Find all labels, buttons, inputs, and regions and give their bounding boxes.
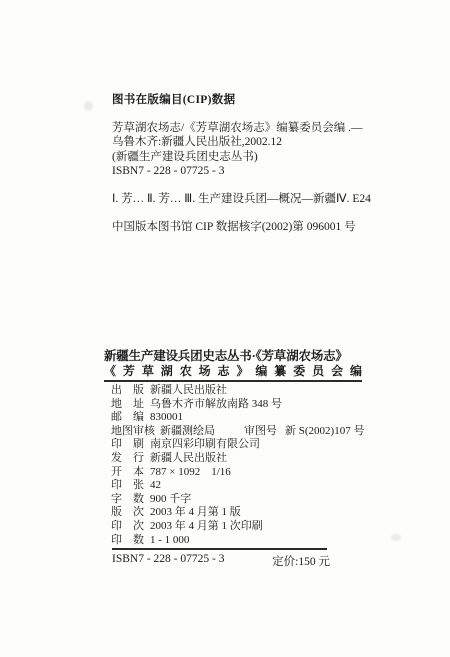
cip-paragraph: 芳草湖农场志/《芳草湖农场志》编纂委员会编 .— 乌鲁木齐:新疆人民出版社,20… [112,121,412,179]
table-row-postcode: 邮 编830001 [111,411,368,425]
row-label: 印 数 [111,534,145,548]
row-value: 900 千字 [150,493,191,505]
row-label: 邮 编 [111,411,145,425]
table-row-map-review: 地图审核新疆测绘局审图号新 S(2002)107 号 [111,425,368,439]
colophon-block: 新疆生产建设兵团史志丛书·《芳草湖农场志》 《芳草湖农场志》编纂委员会编 出 版… [104,348,368,569]
cip-block: 图书在版编目(CIP)数据 芳草湖农场志/《芳草湖农场志》编纂委员会编 .— 乌… [112,93,412,235]
scan-smudge [391,534,401,541]
table-row-address: 地 址乌鲁木齐市解放南路 348 号 [111,398,368,412]
cip-line-publisher: 乌鲁木齐:新疆人民出版社,2002.12 [112,135,412,150]
row-label: 发 行 [111,452,145,466]
row-label: 版 次 [111,506,145,520]
publication-table: 出 版新疆人民出版社 地 址乌鲁木齐市解放南路 348 号 邮 编830001 … [104,384,368,547]
cip-heading: 图书在版编目(CIP)数据 [112,93,412,108]
table-row-sheets: 印 张42 [111,479,368,493]
row-label: 出 版 [111,384,145,398]
table-row-wordcount: 字 数900 千字 [111,493,368,507]
row-value: 42 [150,479,161,491]
row-value: 新疆人民出版社 [150,452,227,464]
row-value-2: 新 S(2002)107 号 [285,425,364,437]
row-value: 乌鲁木齐市解放南路 348 号 [150,398,282,410]
table-row-edition: 版 次2003 年 4 月第 1 版 [111,506,368,520]
table-row-printing: 印 次2003 年 4 月第 1 次印刷 [111,520,368,534]
row-label: 地图审核 [111,425,155,439]
cip-line-title: 芳草湖农场志/《芳草湖农场志》编纂委员会编 .— [112,121,412,136]
row-value: 830001 [150,411,183,423]
row-value: 南京四彩印刷有限公司 [150,438,260,450]
compiler-line: 《芳草湖农场志》编纂委员会编 [104,364,362,382]
row-label: 印 次 [111,520,145,534]
row-label: 开 本 [111,466,145,480]
table-row-printer: 印 刷南京四彩印刷有限公司 [111,438,368,452]
row-label: 印 刷 [111,438,145,452]
row-value: 2003 年 4 月第 1 次印刷 [150,520,263,532]
row-value: 787 × 1092 1/16 [150,466,231,478]
table-row-publisher: 出 版新疆人民出版社 [111,384,368,398]
table-row-format: 开 本787 × 1092 1/16 [111,466,368,480]
scan-smudge [84,101,93,111]
cip-line-series: (新疆生产建设兵团史志丛书) [112,150,412,165]
isbn-number: ISBN7 - 228 - 07725 - 3 [112,553,224,569]
isbn-price-row: ISBN7 - 228 - 07725 - 3 定价:150 元 [112,553,330,569]
table-row-distributor: 发 行新疆人民出版社 [111,452,368,466]
row-value: 新疆人民出版社 [150,384,227,396]
row-label: 印 张 [111,479,145,493]
row-value: 新疆测绘局 [160,425,215,437]
cip-classification: Ⅰ. 芳… Ⅱ. 芳… Ⅲ. 生产建设兵团—概况—新疆Ⅳ. E24 [112,192,412,207]
cip-record-number: 中国版本图书馆 CIP 数据核字(2002)第 096001 号 [112,220,412,235]
row-label-2: 审图号 [244,425,277,437]
price: 定价:150 元 [272,553,330,569]
divider-rule [112,548,327,550]
row-label: 字 数 [111,493,145,507]
row-label: 地 址 [111,398,145,412]
row-value: 2003 年 4 月第 1 版 [150,506,241,518]
row-value: 1 - 1 000 [150,534,189,546]
book-colophon-page: 图书在版编目(CIP)数据 芳草湖农场志/《芳草湖农场志》编纂委员会编 .— 乌… [0,0,450,657]
cip-line-isbn: ISBN7 - 228 - 07725 - 3 [112,164,412,179]
table-row-print-run: 印 数1 - 1 000 [111,534,368,548]
series-title: 新疆生产建设兵团史志丛书·《芳草湖农场志》 [104,348,368,364]
